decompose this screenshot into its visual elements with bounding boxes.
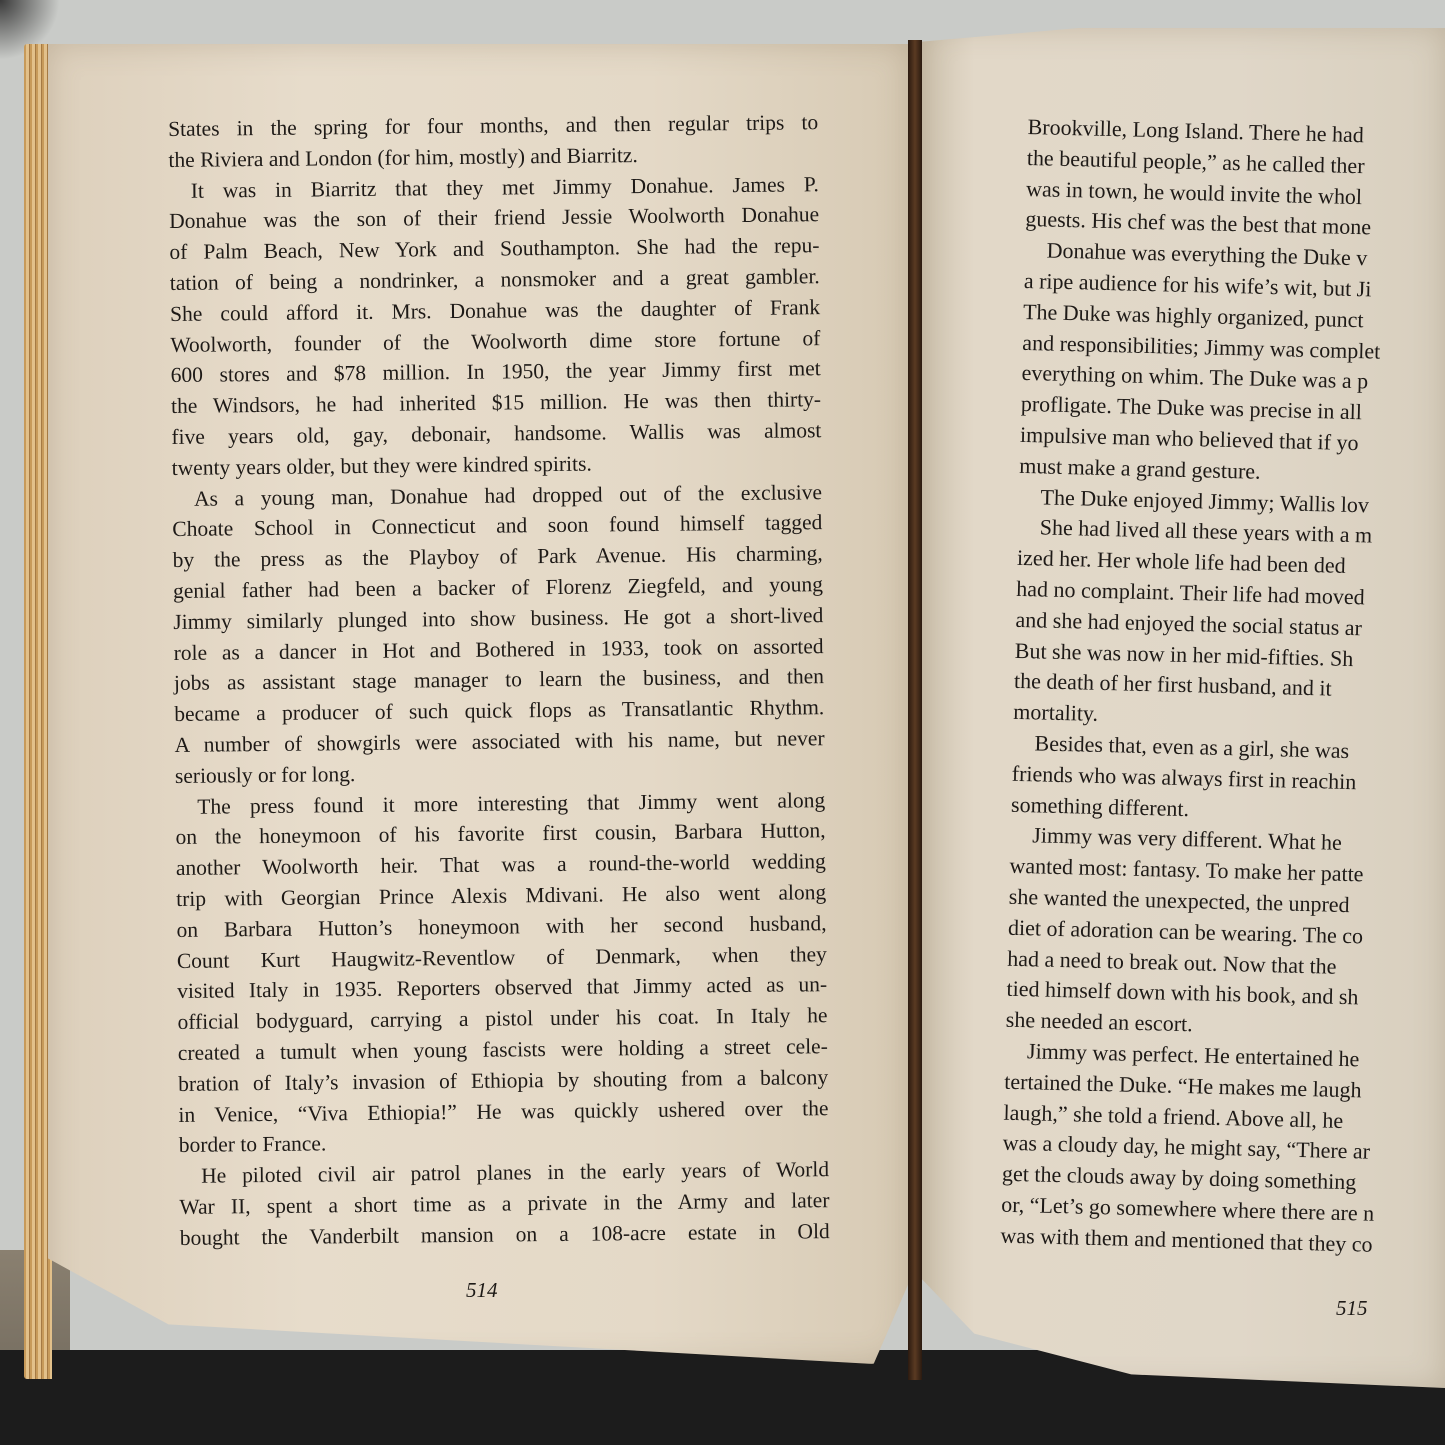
right-page-body: Brookville, Long Island. There he hadthe… bbox=[1000, 112, 1445, 1262]
left-page-number: 514 bbox=[466, 1278, 498, 1303]
book-page-edges bbox=[24, 44, 52, 1379]
book-gutter bbox=[908, 40, 922, 1380]
right-page-number: 515 bbox=[1336, 1296, 1368, 1321]
left-page-body: States in the spring for four months, an… bbox=[168, 107, 830, 1253]
